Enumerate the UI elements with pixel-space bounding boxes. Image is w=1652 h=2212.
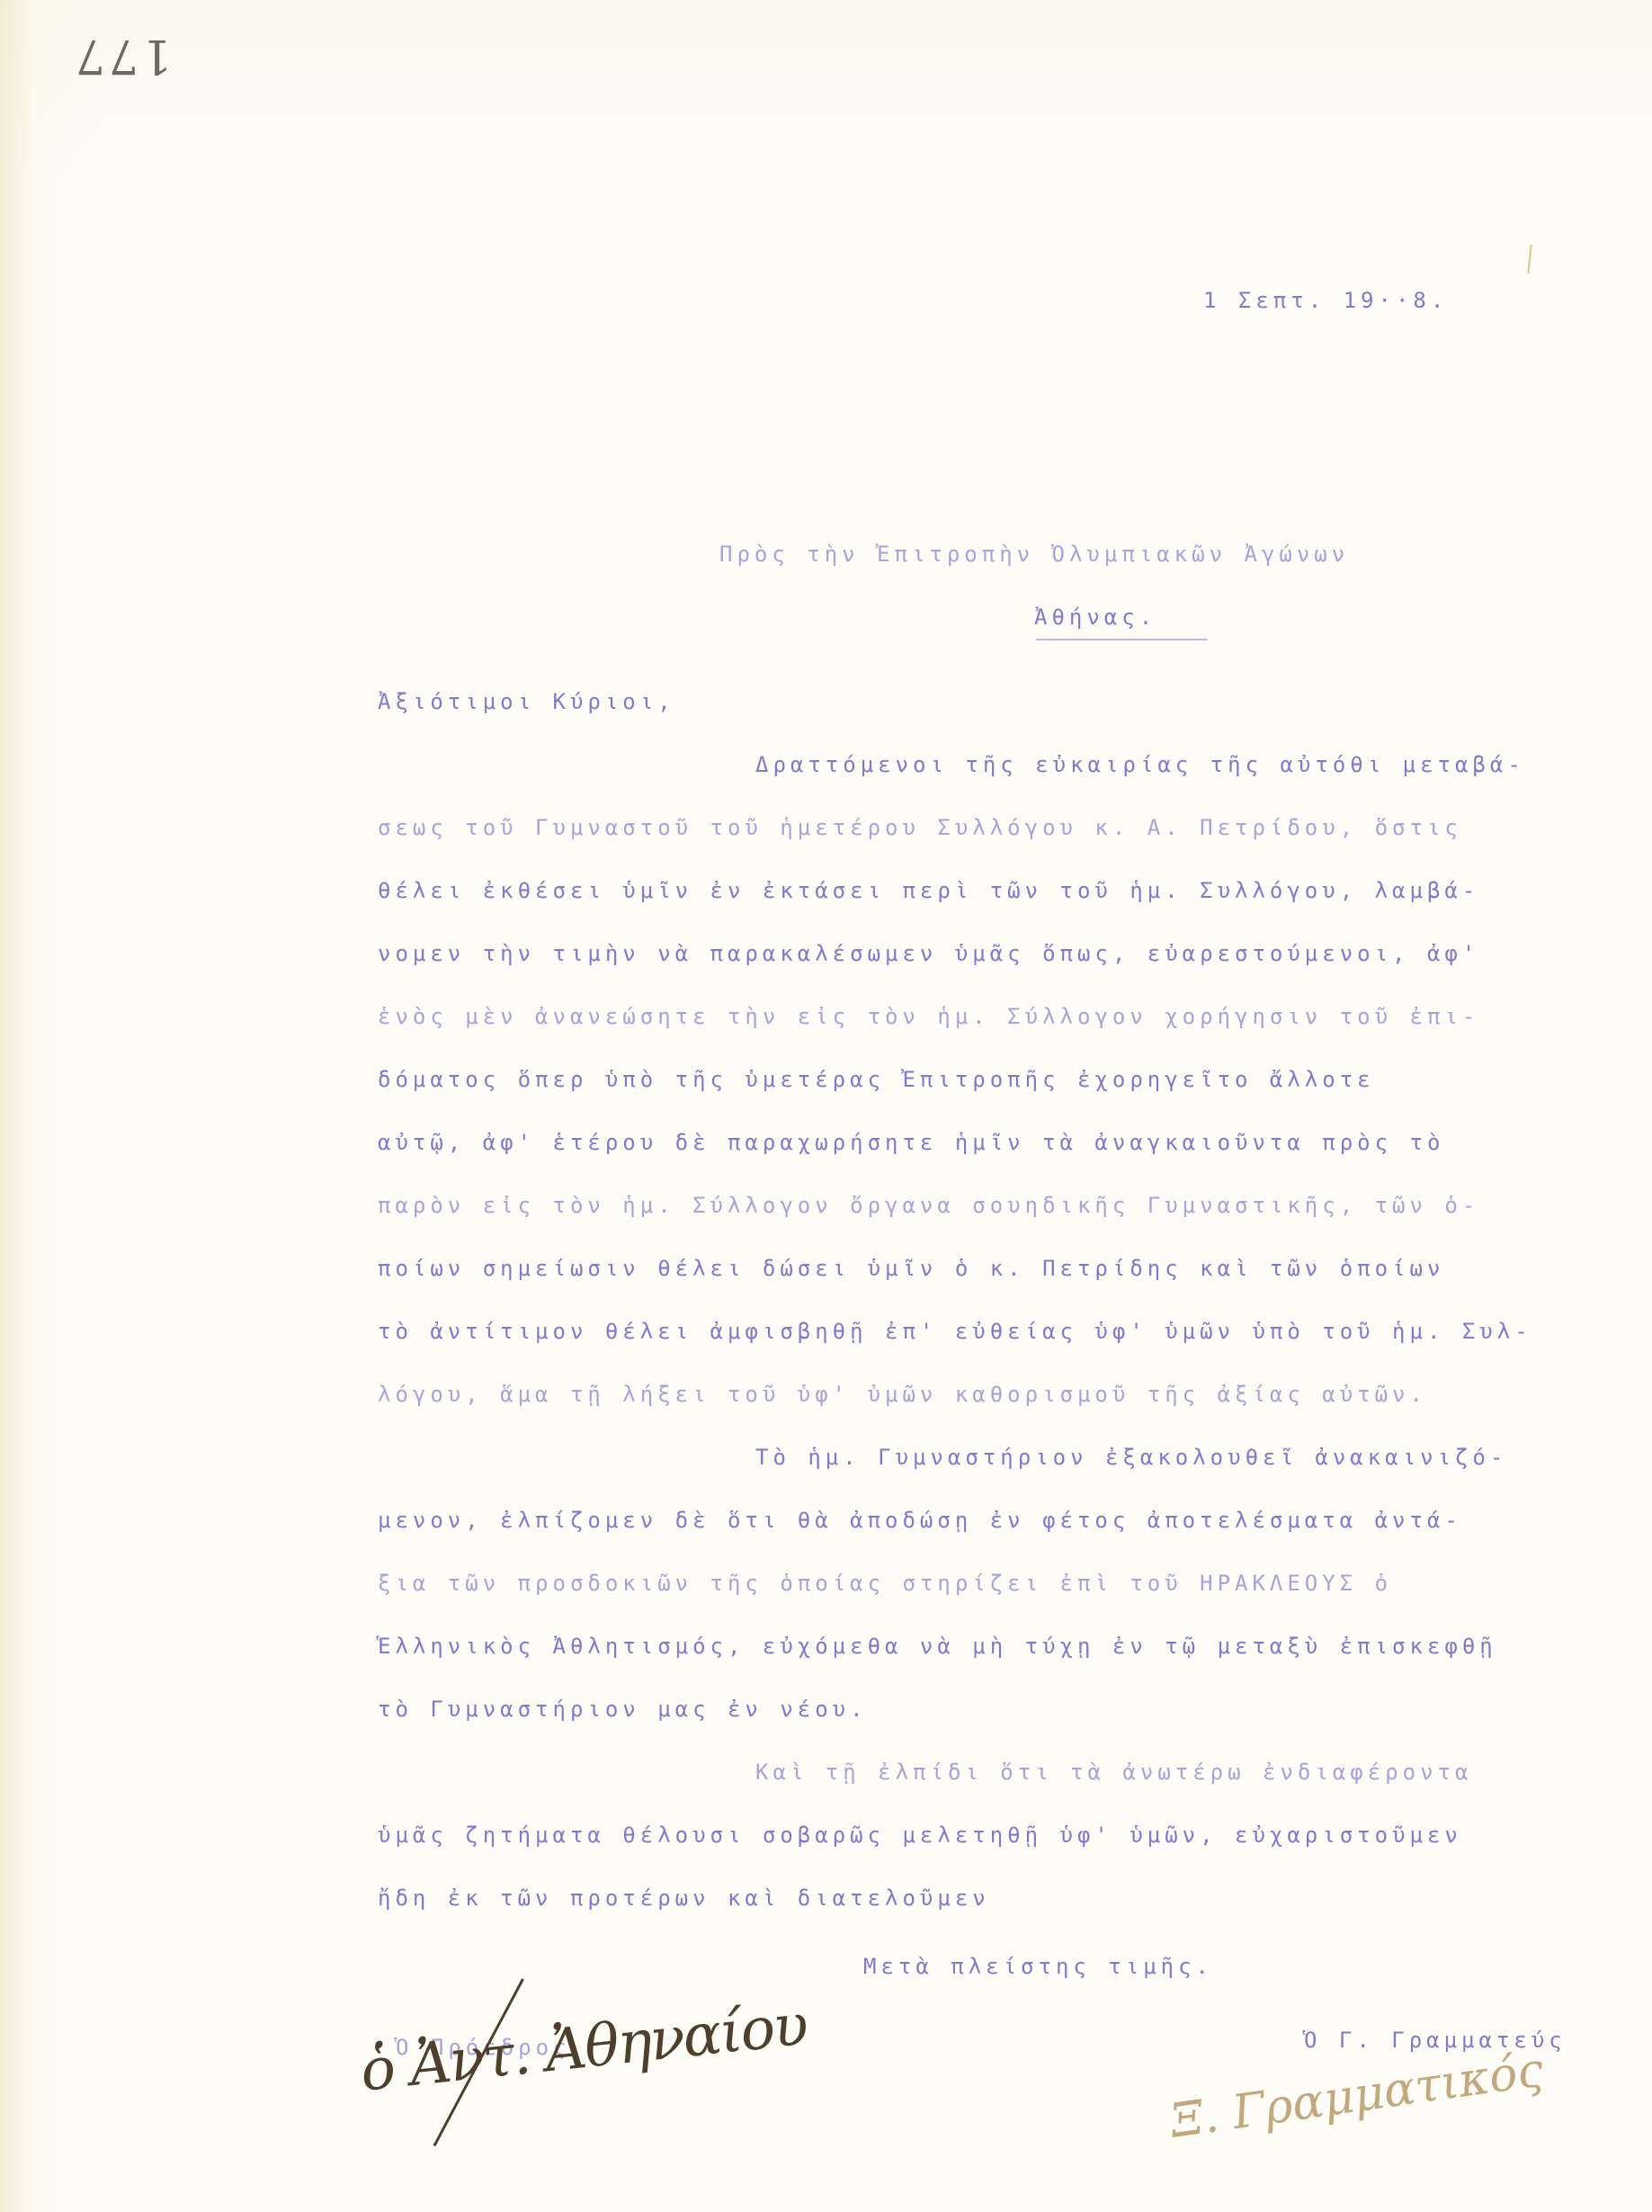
body-line: δόματος ὅπερ ὑπὸ τῆς ὑμετέρας Ἐπιτροπῆς … [378,1067,1375,1092]
body-line: τὸ ἀντίτιμον θέλει ἀμφισβηθῇ ἐπ' εὐθείας… [378,1319,1532,1344]
addressee-city: Ἀθήνας. [1034,604,1156,630]
paper-sheet [0,0,1652,2212]
body-line: νομεν τὴν τιμὴν νὰ παρακαλέσωμεν ὑμᾶς ὅπ… [378,941,1479,966]
body-line: ὑμᾶς ζητήματα θέλουσι σοβαρῶς μελετηθῇ ὑ… [378,1822,1462,1848]
body-line: σεως τοῦ Γυμναστοῦ τοῦ ἡμετέρου Συλλόγου… [378,815,1462,840]
body-line: αὐτῷ, ἀφ' ἑτέρου δὲ παραχωρήσητε ἡμῖν τὰ… [378,1130,1444,1155]
body-line: ἤδη ἐκ τῶν προτέρων καὶ διατελοῦμεν [378,1885,990,1911]
salutation: Ἀξιότιμοι Κύριοι, [378,689,675,714]
closing: Μετὰ πλείστης τιμῆς. [863,1954,1213,1979]
letter-date: 1 Σεπτ. 19··8. [1203,288,1448,313]
archive-page-number: 177 [72,29,172,83]
addressee: Πρὸς τὴν Ἐπιτροπὴν Ὀλυμπιακῶν Ἀγώνων [719,542,1349,567]
body-line: ξια τῶν προσδοκιῶν τῆς ὁποίας στηρίζει ἐ… [378,1571,1392,1596]
body-line: Τὸ ἡμ. Γυμναστήριον ἐξακολουθεῖ ἀνακαινι… [755,1445,1507,1470]
body-line: Καὶ τῇ ἐλπίδι ὅτι τὰ ἀνωτέρω ἐνδιαφέροντ… [755,1760,1472,1785]
body-line: Δραττόμενοι τῆς εὐκαιρίας τῆς αὐτόθι μετ… [755,752,1525,777]
body-line: ποίων σημείωσιν θέλει δώσει ὑμῖν ὁ κ. Πε… [378,1256,1444,1281]
city-underline [1036,639,1207,640]
body-line: ἑνὸς μὲν ἀνανεώσητε τὴν εἰς τὸν ἡμ. Σύλλ… [378,1004,1479,1029]
body-line: μενον, ἐλπίζομεν δὲ ὅτι θὰ ἀποδώσῃ ἐν φέ… [378,1508,1462,1533]
body-line: λόγου, ἅμα τῇ λήξει τοῦ ὑφ' ὑμῶν καθορισ… [378,1382,1427,1407]
body-line: Ἑλληνικὸς Ἀθλητισμός, εὐχόμεθα νὰ μὴ τύχ… [378,1634,1497,1659]
body-line: θέλει ἐκθέσει ὑμῖν ἐν ἐκτάσει περὶ τῶν τ… [378,878,1479,903]
body-line: παρὸν εἰς τὸν ἡμ. Σύλλογον ὄργανα σουηδι… [378,1193,1479,1218]
body-line: τὸ Γυμναστήριον μας ἐν νέου. [378,1697,868,1722]
